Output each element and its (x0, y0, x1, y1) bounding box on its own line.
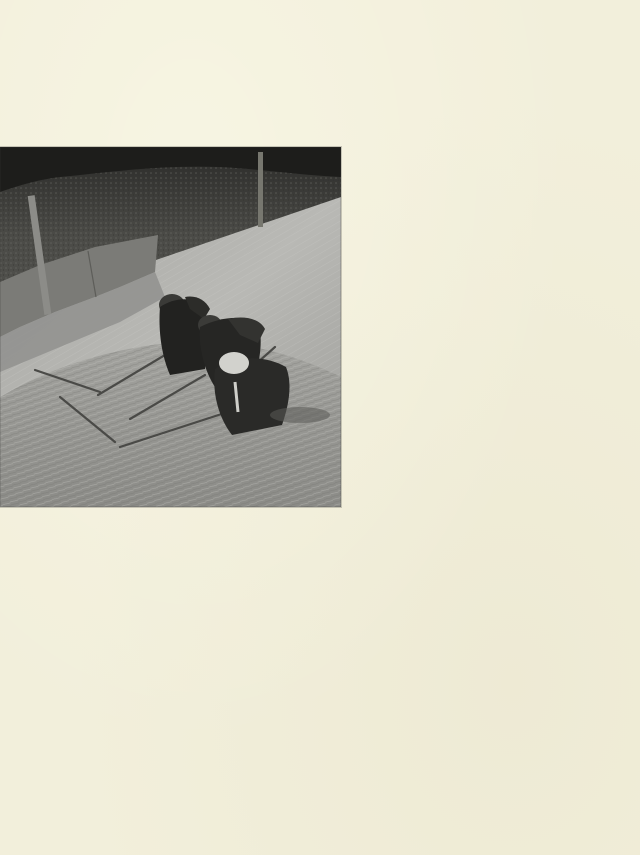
photo-scene (0, 147, 341, 507)
mounted-photograph (0, 147, 341, 507)
scanned-page (0, 0, 640, 855)
fence-post (258, 152, 263, 227)
